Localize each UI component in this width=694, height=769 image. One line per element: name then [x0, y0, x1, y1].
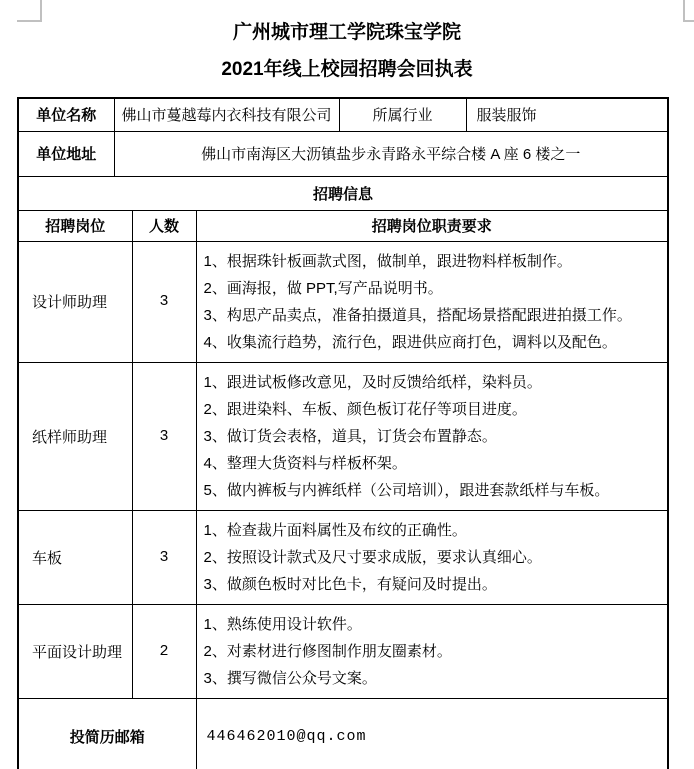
position-title: 平面设计助理 — [18, 604, 132, 698]
table-row-position: 设计师助理 3 1、根据珠针板画款式图，做制单，跟进物料样板制作。 2、画海报，… — [18, 241, 668, 362]
document-header: 广州城市理工学院珠宝学院 2021年线上校园招聘会回执表 — [0, 0, 694, 79]
margin-crop-mark-right-icon — [683, 0, 694, 22]
duty-line: 1、检查裁片面料属性及布纹的正确性。 — [204, 517, 664, 544]
page-title: 广州城市理工学院珠宝学院 — [0, 23, 694, 42]
document-page: 广州城市理工学院珠宝学院 2021年线上校园招聘会回执表 单位名称 佛山市蔓越莓… — [0, 0, 694, 769]
duty-line: 1、跟进试板修改意见，及时反馈给纸样，染料员。 — [204, 369, 664, 396]
position-duties: 1、跟进试板修改意见，及时反馈给纸样，染料员。 2、跟进染料、车板、颜色板订花仔… — [196, 362, 668, 510]
position-duties: 1、检查裁片面料属性及布纹的正确性。 2、按照设计款式及尺寸要求成版，要求认真细… — [196, 510, 668, 604]
duty-line: 3、构思产品卖点，准备拍摄道具，搭配场景搭配跟进拍摄工作。 — [204, 302, 664, 329]
resume-email-value: 446462010@qq.com — [196, 698, 668, 769]
table-row-columns-header: 招聘岗位 人数 招聘岗位职责要求 — [18, 210, 668, 241]
column-header-position: 招聘岗位 — [18, 210, 132, 241]
column-header-duties: 招聘岗位职责要求 — [196, 210, 668, 241]
position-count: 3 — [132, 510, 196, 604]
industry-value: 服装服饰 — [466, 98, 668, 131]
company-name-label: 单位名称 — [18, 98, 114, 131]
position-title: 车板 — [18, 510, 132, 604]
position-count: 3 — [132, 362, 196, 510]
table-row-position: 平面设计助理 2 1、熟练使用设计软件。 2、对素材进行修图制作朋友圈素材。 3… — [18, 604, 668, 698]
position-count: 3 — [132, 241, 196, 362]
table-row-email: 投简历邮箱 446462010@qq.com — [18, 698, 668, 769]
resume-email-label: 投简历邮箱 — [18, 698, 196, 769]
duty-line: 1、根据珠针板画款式图，做制单，跟进物料样板制作。 — [204, 248, 664, 275]
table-row-position: 车板 3 1、检查裁片面料属性及布纹的正确性。 2、按照设计款式及尺寸要求成版，… — [18, 510, 668, 604]
duty-line: 2、对素材进行修图制作朋友圈素材。 — [204, 638, 664, 665]
duty-line: 5、做内裤板与内裤纸样（公司培训），跟进套款纸样与车板。 — [204, 477, 664, 504]
company-address-value: 佛山市南海区大沥镇盐步永青路永平综合楼 A 座 6 楼之一 — [114, 131, 668, 176]
duty-line: 3、做颜色板时对比色卡，有疑问及时提出。 — [204, 571, 664, 598]
duty-line: 3、撰写微信公众号文案。 — [204, 665, 664, 692]
table-row-company: 单位名称 佛山市蔓越莓内衣科技有限公司 所属行业 服装服饰 — [18, 98, 668, 131]
duty-line: 4、整理大货资料与样板杯架。 — [204, 450, 664, 477]
company-address-label: 单位地址 — [18, 131, 114, 176]
duty-line: 1、熟练使用设计软件。 — [204, 611, 664, 638]
recruitment-form-table: 单位名称 佛山市蔓越莓内衣科技有限公司 所属行业 服装服饰 单位地址 佛山市南海… — [17, 97, 669, 769]
duty-line: 3、做订货会表格，道具，订货会布置静态。 — [204, 423, 664, 450]
duty-line: 4、收集流行趋势，流行色，跟进供应商打色，调料以及配色。 — [204, 329, 664, 356]
position-title: 设计师助理 — [18, 241, 132, 362]
position-count: 2 — [132, 604, 196, 698]
position-duties: 1、熟练使用设计软件。 2、对素材进行修图制作朋友圈素材。 3、撰写微信公众号文… — [196, 604, 668, 698]
duty-line: 2、跟进染料、车板、颜色板订花仔等项目进度。 — [204, 396, 664, 423]
column-header-headcount: 人数 — [132, 210, 196, 241]
margin-crop-mark-left-icon — [17, 0, 42, 22]
duty-line: 2、画海报，做 PPT,写产品说明书。 — [204, 275, 664, 302]
industry-label: 所属行业 — [339, 98, 466, 131]
position-title: 纸样师助理 — [18, 362, 132, 510]
position-duties: 1、根据珠针板画款式图，做制单，跟进物料样板制作。 2、画海报，做 PPT,写产… — [196, 241, 668, 362]
table-row-section: 招聘信息 — [18, 176, 668, 210]
table-row-position: 纸样师助理 3 1、跟进试板修改意见，及时反馈给纸样，染料员。 2、跟进染料、车… — [18, 362, 668, 510]
company-name-value: 佛山市蔓越莓内衣科技有限公司 — [114, 98, 339, 131]
table-row-address: 单位地址 佛山市南海区大沥镇盐步永青路永平综合楼 A 座 6 楼之一 — [18, 131, 668, 176]
recruitment-section-title: 招聘信息 — [18, 176, 668, 210]
page-subtitle: 2021年线上校园招聘会回执表 — [0, 60, 694, 79]
duty-line: 2、按照设计款式及尺寸要求成版，要求认真细心。 — [204, 544, 664, 571]
